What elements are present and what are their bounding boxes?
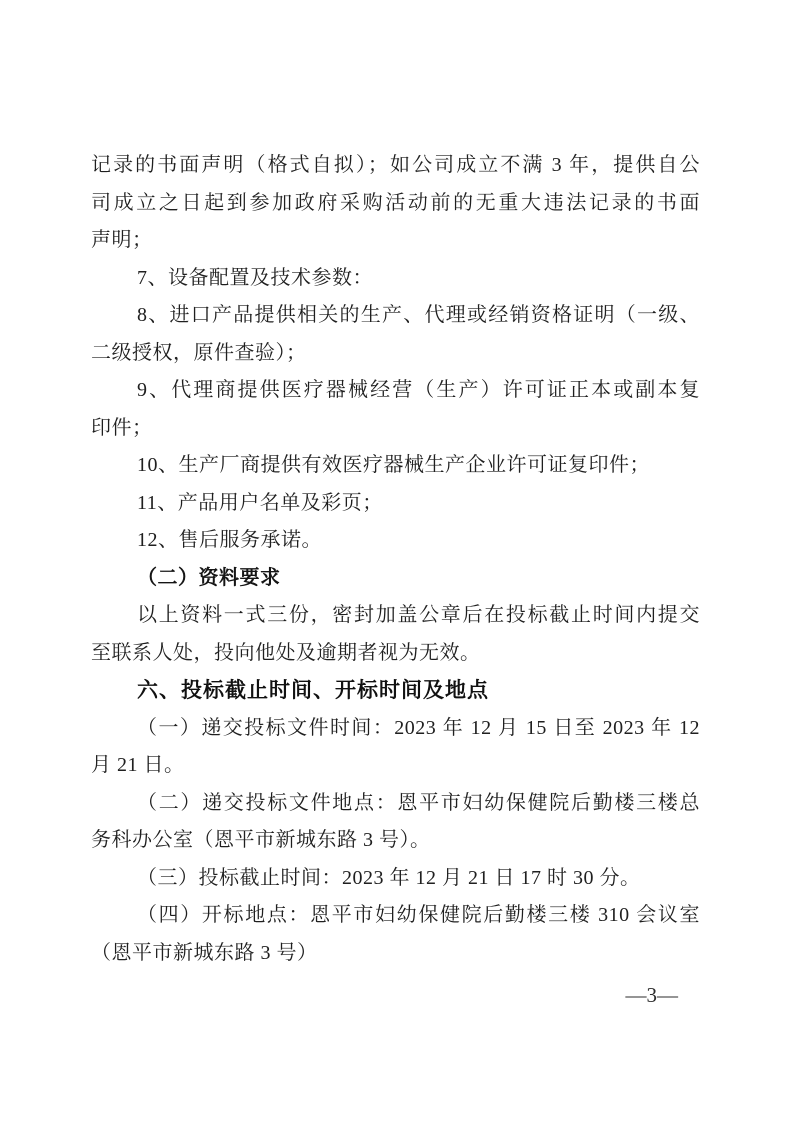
document-page: 记录的书面声明（格式自拟）；如公司成立不满 3 年，提供自公 司成立之日起到参加… <box>0 0 794 1123</box>
text-line: 二级授权，原件查验）； <box>91 335 700 373</box>
list-item-11: 11、产品用户名单及彩页； <box>91 485 700 523</box>
list-item-12: 12、售后服务承诺。 <box>91 522 700 560</box>
text-line: 司成立之日起到参加政府采购活动前的无重大违法记录的书面 <box>91 185 700 223</box>
list-item-8: 8、进口产品提供相关的生产、代理或经销资格证明（一级、 <box>91 297 700 335</box>
list-item-7: 7、设备配置及技术参数： <box>91 260 700 298</box>
text-line: 务科办公室（恩平市新城东路 3 号）。 <box>91 822 700 860</box>
text-line: 以上资料一式三份，密封加盖公章后在投标截止时间内提交 <box>91 597 700 635</box>
text-line: 记录的书面声明（格式自拟）；如公司成立不满 3 年，提供自公 <box>91 147 700 185</box>
text-line: （三）投标截止时间：2023 年 12 月 21 日 17 时 30 分。 <box>91 860 700 898</box>
text-line: 声明； <box>91 222 700 260</box>
subheading-material-requirements: （二）资料要求 <box>91 560 700 598</box>
text-line: （四）开标地点：恩平市妇幼保健院后勤楼三楼 310 会议室 <box>91 897 700 935</box>
section-heading-bid-deadline: 六、投标截止时间、开标时间及地点 <box>91 672 700 710</box>
list-item-10: 10、生产厂商提供有效医疗器械生产企业许可证复印件； <box>91 447 700 485</box>
text-line: （一）递交投标文件时间：2023 年 12 月 15 日至 2023 年 12 <box>91 710 700 748</box>
page-number: —3— <box>626 983 679 1007</box>
list-item-9: 9、代理商提供医疗器械经营（生产）许可证正本或副本复 <box>91 372 700 410</box>
text-line: 月 21 日。 <box>91 747 700 785</box>
text-line: 至联系人处，投向他处及逾期者视为无效。 <box>91 635 700 673</box>
text-line: （二）递交投标文件地点：恩平市妇幼保健院后勤楼三楼总 <box>91 785 700 823</box>
text-line: 印件； <box>91 410 700 448</box>
text-line: （恩平市新城东路 3 号） <box>91 935 700 973</box>
document-body: 记录的书面声明（格式自拟）；如公司成立不满 3 年，提供自公 司成立之日起到参加… <box>91 147 700 972</box>
